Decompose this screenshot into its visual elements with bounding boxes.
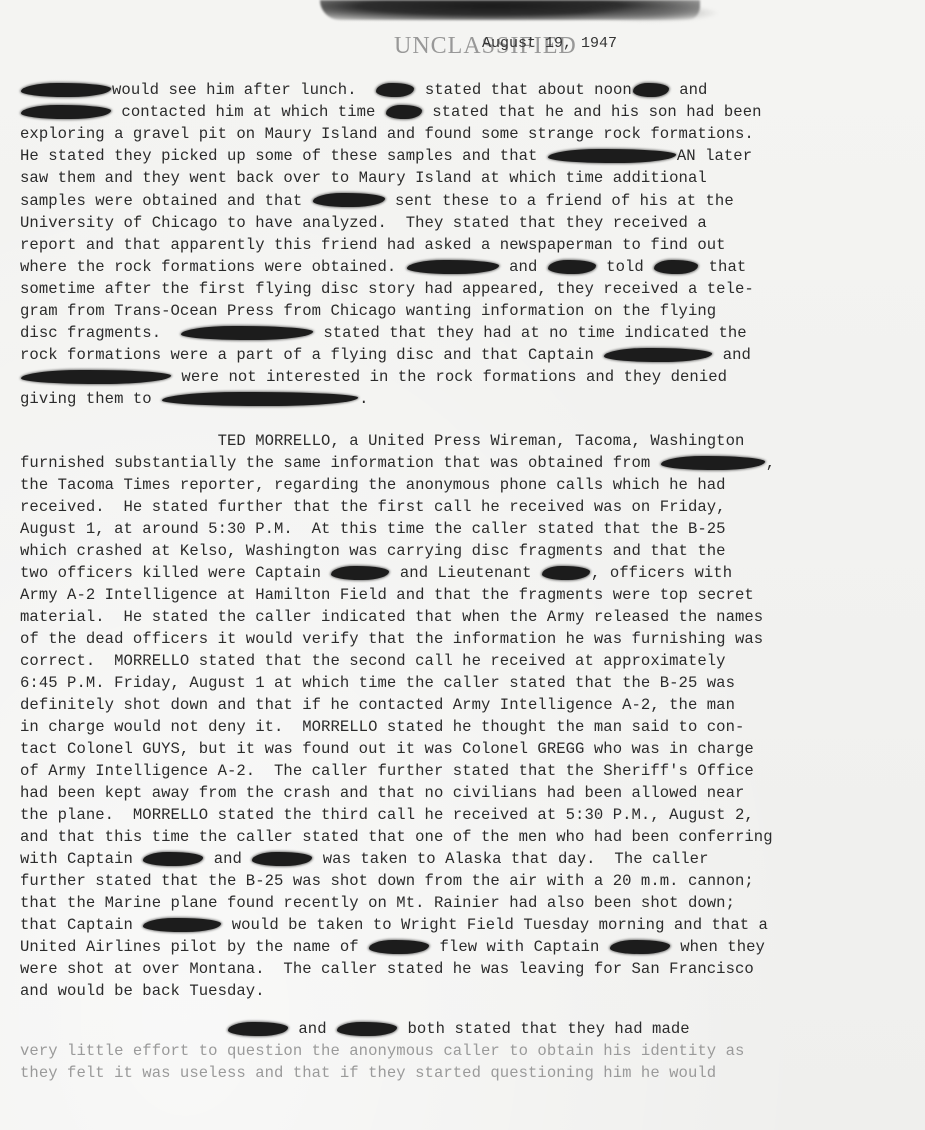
redaction-block — [21, 370, 171, 384]
text-segment: tact Colonel GUYS, but it was found out … — [20, 740, 754, 758]
redaction-block — [633, 83, 669, 97]
text-line: they felt it was useless and that if the… — [20, 1062, 716, 1084]
text-line: tact Colonel GUYS, but it was found out … — [20, 738, 754, 760]
text-line: TED MORRELLO, a United Press Wireman, Ta… — [20, 430, 744, 452]
text-line: very little effort to question the anony… — [20, 1040, 744, 1062]
text-line: He stated they picked up some of these s… — [20, 145, 752, 167]
text-line: received. He stated further that the fir… — [20, 496, 726, 518]
text-segment: the Tacoma Times reporter, regarding the… — [20, 476, 726, 494]
text-line: August 1, at around 5:30 P.M. At this ti… — [20, 518, 726, 540]
text-segment: was taken to Alaska that day. The caller — [313, 850, 708, 868]
text-line: that the Marine plane found recently on … — [20, 892, 735, 914]
text-segment: 6:45 P.M. Friday, August 1 at which time… — [20, 674, 735, 692]
text-segment: August 1, at around 5:30 P.M. At this ti… — [20, 520, 726, 538]
redaction-block — [337, 1022, 397, 1036]
text-line: sometime after the first flying disc sto… — [20, 278, 754, 300]
text-segment: AN later — [677, 147, 752, 165]
text-line: had been kept away from the crash and th… — [20, 782, 744, 804]
text-line: and would be back Tuesday. — [20, 980, 265, 1002]
text-segment: and — [289, 1020, 336, 1038]
text-line: were not interested in the rock formatio… — [20, 366, 727, 388]
text-segment: and — [500, 258, 547, 276]
text-segment: , officers with — [591, 564, 732, 582]
text-segment: and — [670, 81, 708, 99]
text-segment: would see him after lunch. — [112, 81, 375, 99]
text-line: the Tacoma Times reporter, regarding the… — [20, 474, 726, 496]
text-segment: sometime after the first flying disc sto… — [20, 280, 754, 298]
text-line: gram from Trans-Ocean Press from Chicago… — [20, 300, 716, 322]
redaction-block — [143, 918, 221, 932]
text-line: that Captain would be taken to Wright Fi… — [20, 914, 768, 936]
redaction-block — [181, 326, 313, 340]
redaction-block — [162, 392, 358, 406]
text-segment: and that this time the caller stated tha… — [20, 828, 773, 846]
text-segment: of Army Intelligence A-2. The caller fur… — [20, 762, 754, 780]
text-segment: report and that apparently this friend h… — [20, 236, 726, 254]
text-segment: two officers killed were Captain — [20, 564, 330, 582]
text-line: University of Chicago to have analyzed. … — [20, 212, 707, 234]
text-segment: sent these to a friend of his at the — [386, 192, 734, 210]
text-line: contacted him at which time stated that … — [20, 101, 762, 123]
text-segment: flew with Captain — [430, 938, 609, 956]
redaction-block — [386, 105, 422, 119]
text-segment: were not interested in the rock formatio… — [172, 368, 727, 386]
text-line: rock formations were a part of a flying … — [20, 344, 751, 366]
redaction-block — [313, 193, 385, 207]
text-segment: they felt it was useless and that if the… — [20, 1064, 716, 1082]
text-segment: United Airlines pilot by the name of — [20, 938, 368, 956]
text-line: samples were obtained and that sent thes… — [20, 190, 734, 212]
text-line: the plane. MORRELLO stated the third cal… — [20, 804, 754, 826]
text-line: two officers killed were Captain and Lie… — [20, 562, 732, 584]
text-segment: gram from Trans-Ocean Press from Chicago… — [20, 302, 716, 320]
redaction-block — [604, 348, 712, 362]
text-line: 6:45 P.M. Friday, August 1 at which time… — [20, 672, 735, 694]
text-line: of the dead officers it would verify tha… — [20, 628, 763, 650]
text-line: definitely shot down and that if he cont… — [20, 694, 735, 716]
redaction-block — [548, 149, 676, 163]
redaction-block — [331, 566, 389, 580]
text-segment: that Captain — [20, 916, 142, 934]
text-segment: correct. MORRELLO stated that the second… — [20, 652, 726, 670]
text-segment: where the rock formations were obtained. — [20, 258, 406, 276]
text-segment: both stated that they had made — [398, 1020, 690, 1038]
document-date: August 19, 1947 — [482, 35, 617, 52]
text-segment: stated that about noon — [415, 81, 631, 99]
text-segment: disc fragments. — [20, 324, 180, 342]
redaction-block — [143, 852, 203, 866]
text-line: further stated that the B-25 was shot do… — [20, 870, 754, 892]
redaction-block — [661, 456, 765, 470]
redaction-block — [548, 260, 596, 274]
text-line: saw them and they went back over to Maur… — [20, 167, 707, 189]
text-segment: further stated that the B-25 was shot do… — [20, 872, 754, 890]
text-segment: material. He stated the caller indicated… — [20, 608, 763, 626]
text-line: United Airlines pilot by the name of fle… — [20, 936, 765, 958]
text-segment: University of Chicago to have analyzed. … — [20, 214, 707, 232]
text-segment: saw them and they went back over to Maur… — [20, 169, 707, 187]
text-line: furnished substantially the same informa… — [20, 452, 775, 474]
text-segment: stated that they had at no time indicate… — [314, 324, 747, 342]
top-redaction-smudge-secondary — [580, 4, 720, 22]
redaction-block — [654, 260, 698, 274]
redaction-block — [369, 940, 429, 954]
text-segment: would be taken to Wright Field Tuesday m… — [222, 916, 768, 934]
text-segment: and Lieutenant — [390, 564, 541, 582]
text-segment: when they — [671, 938, 765, 956]
redaction-block — [542, 566, 590, 580]
text-segment: samples were obtained and that — [20, 192, 312, 210]
text-line: correct. MORRELLO stated that the second… — [20, 650, 726, 672]
text-segment: Army A-2 Intelligence at Hamilton Field … — [20, 586, 754, 604]
redaction-block — [376, 83, 414, 97]
text-segment: , — [766, 454, 775, 472]
text-segment: and — [204, 850, 251, 868]
text-line: report and that apparently this friend h… — [20, 234, 726, 256]
redaction-block — [21, 83, 111, 97]
redaction-block — [252, 852, 312, 866]
redaction-block — [228, 1022, 288, 1036]
text-segment: He stated they picked up some of these s… — [20, 147, 547, 165]
text-line: Army A-2 Intelligence at Hamilton Field … — [20, 584, 754, 606]
text-segment: TED MORRELLO, a United Press Wireman, Ta… — [20, 432, 744, 450]
text-segment: that the Marine plane found recently on … — [20, 894, 735, 912]
text-line: were shot at over Montana. The caller st… — [20, 958, 754, 980]
text-line: where the rock formations were obtained.… — [20, 256, 746, 278]
text-segment: . — [359, 390, 368, 408]
text-segment: exploring a gravel pit on Maury Island a… — [20, 125, 754, 143]
text-line: giving them to . — [20, 388, 369, 410]
text-line: which crashed at Kelso, Washington was c… — [20, 540, 726, 562]
text-segment: were shot at over Montana. The caller st… — [20, 960, 754, 978]
text-line: and both stated that they had made — [20, 1018, 690, 1040]
text-segment: that — [699, 258, 746, 276]
text-segment: had been kept away from the crash and th… — [20, 784, 744, 802]
text-line: would see him after lunch. stated that a… — [20, 79, 707, 101]
text-segment: and — [713, 346, 751, 364]
redaction-block — [407, 260, 499, 274]
text-segment: rock formations were a part of a flying … — [20, 346, 603, 364]
text-segment: and would be back Tuesday. — [20, 982, 265, 1000]
text-segment: with Captain — [20, 850, 142, 868]
text-segment: stated that he and his son had been — [423, 103, 762, 121]
text-line: disc fragments. stated that they had at … — [20, 322, 747, 344]
text-segment: told — [597, 258, 653, 276]
text-segment: giving them to — [20, 390, 161, 408]
text-segment: definitely shot down and that if he cont… — [20, 696, 735, 714]
text-segment: contacted him at which time — [112, 103, 385, 121]
text-segment: the plane. MORRELLO stated the third cal… — [20, 806, 754, 824]
text-segment: furnished substantially the same informa… — [20, 454, 660, 472]
redaction-block — [610, 940, 670, 954]
text-line: of Army Intelligence A-2. The caller fur… — [20, 760, 754, 782]
text-segment — [20, 1020, 227, 1038]
text-segment: in charge would not deny it. MORRELLO st… — [20, 718, 744, 736]
text-segment: which crashed at Kelso, Washington was c… — [20, 542, 726, 560]
text-line: with Captain and was taken to Alaska tha… — [20, 848, 709, 870]
text-line: material. He stated the caller indicated… — [20, 606, 763, 628]
text-line: exploring a gravel pit on Maury Island a… — [20, 123, 754, 145]
text-segment: of the dead officers it would verify tha… — [20, 630, 763, 648]
text-line: in charge would not deny it. MORRELLO st… — [20, 716, 744, 738]
text-segment: very little effort to question the anony… — [20, 1042, 744, 1060]
document-page: UNCLASSIFIED August 19, 1947 would see h… — [0, 0, 925, 1130]
text-segment: received. He stated further that the fir… — [20, 498, 726, 516]
redaction-block — [21, 105, 111, 119]
text-line: and that this time the caller stated tha… — [20, 826, 773, 848]
